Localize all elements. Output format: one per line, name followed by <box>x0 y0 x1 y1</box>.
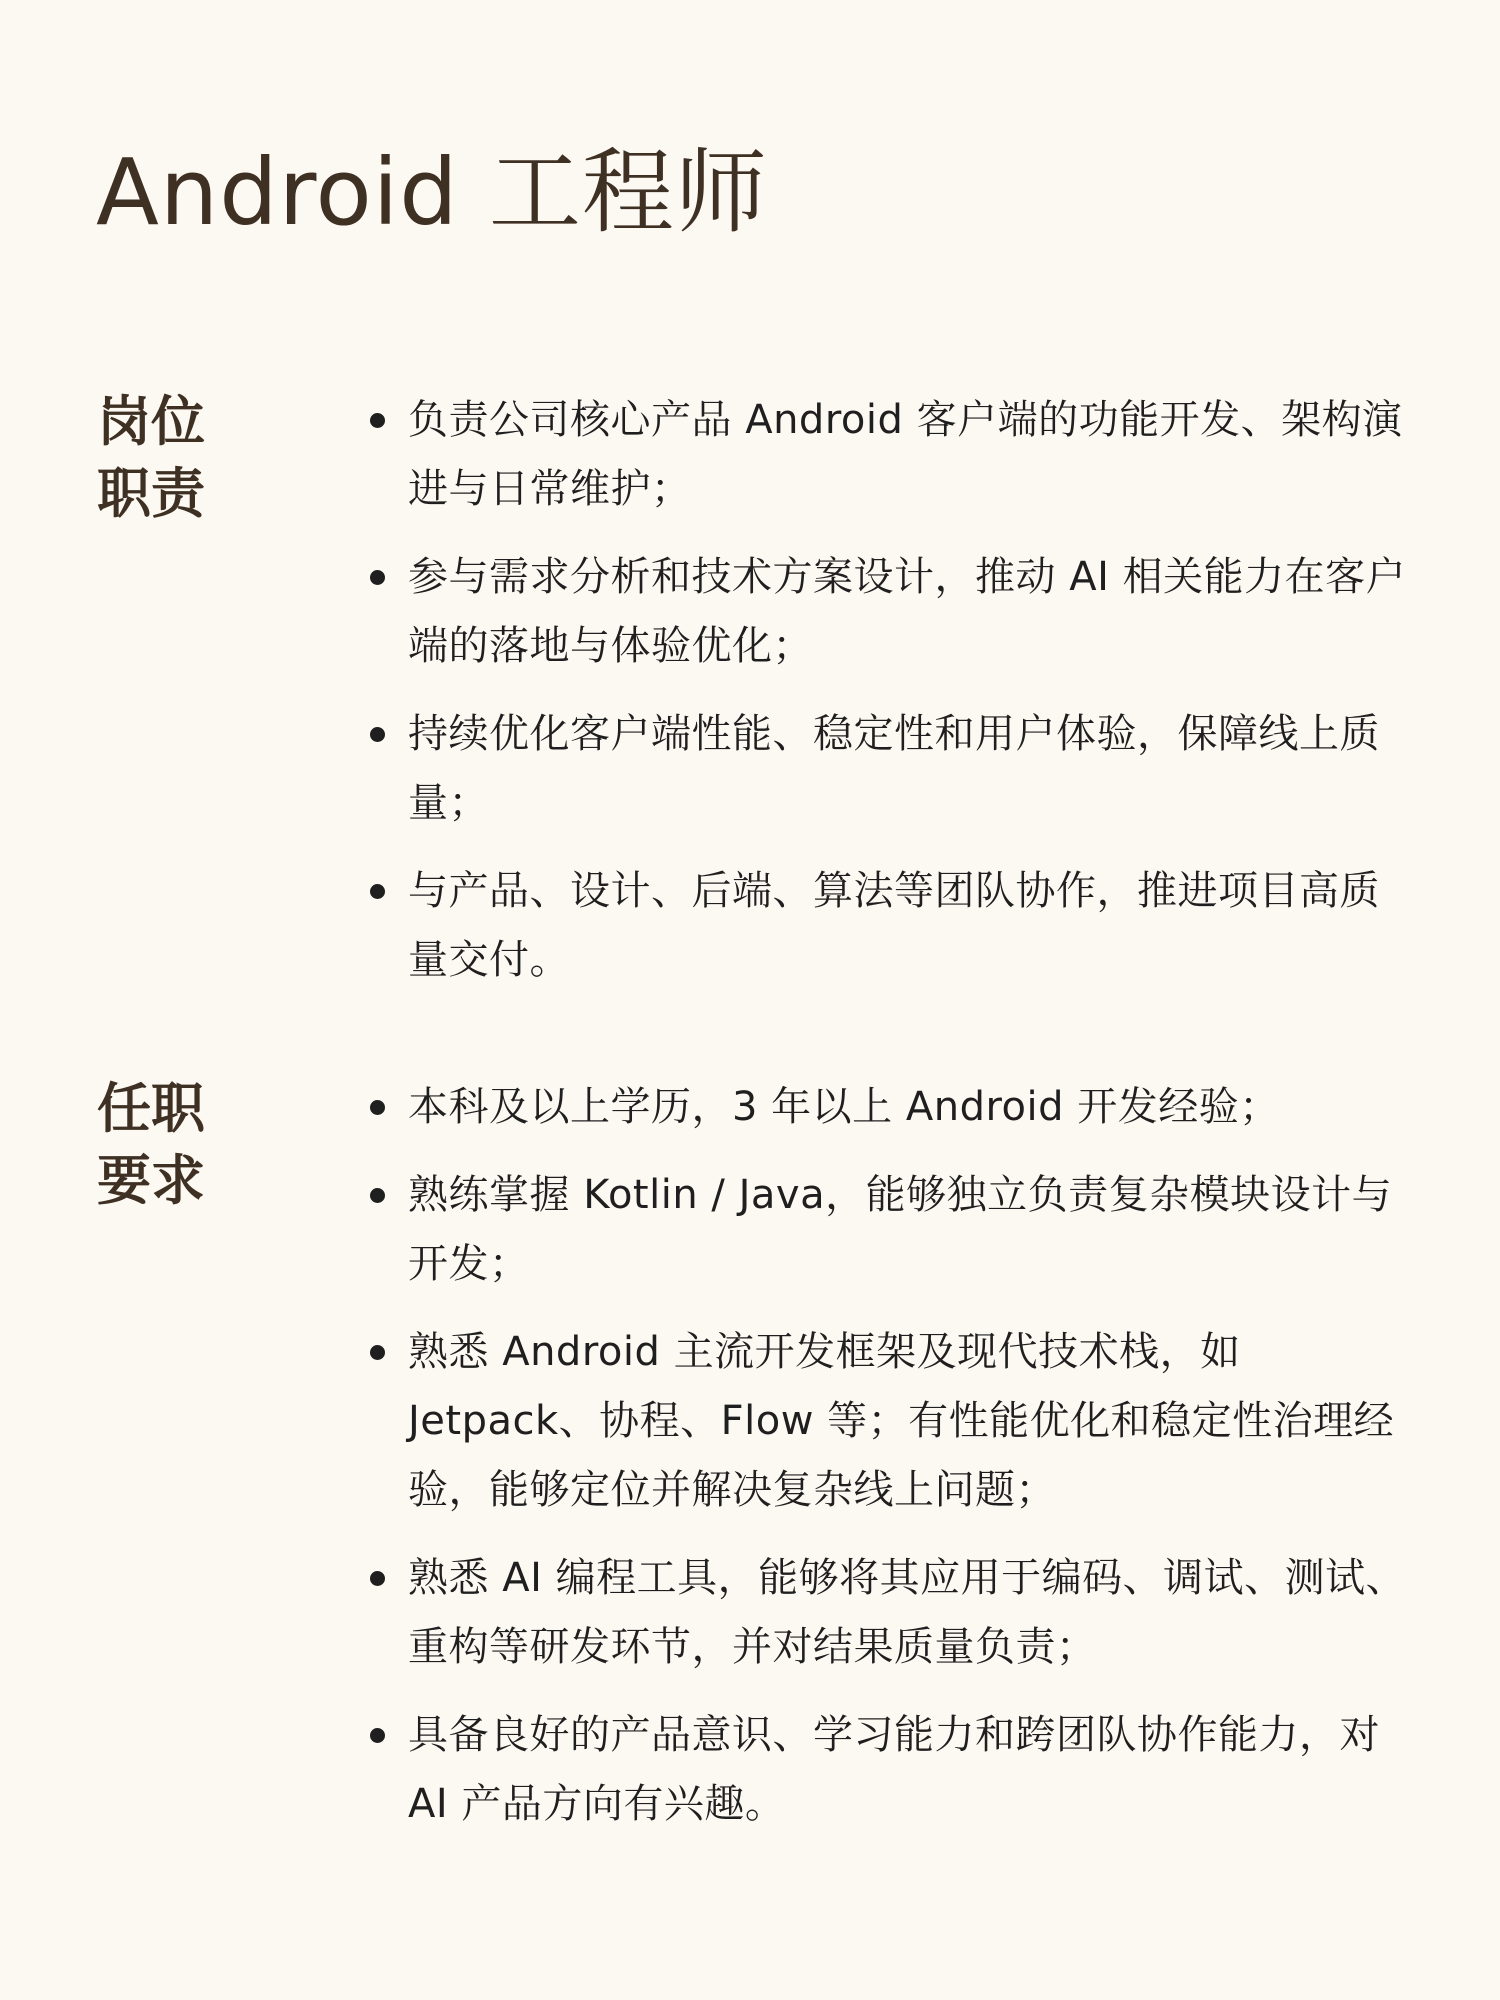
bullet-dot-icon <box>370 884 385 899</box>
list-item-text: 具备良好的产品意识、学习能力和跨团队协作能力，对 AI 产品方向有兴趣。 <box>408 1701 1418 1839</box>
list-item-text: 参与需求分析和技术方案设计，推动 AI 相关能力在客户端的落地与体验优化； <box>408 543 1418 681</box>
section-label-line: 要求 <box>97 1145 227 1217</box>
list-item-text: 熟悉 Android 主流开发框架及现代技术栈，如 Jetpack、协程、Flo… <box>408 1318 1418 1525</box>
list-item: 参与需求分析和技术方案设计，推动 AI 相关能力在客户端的落地与体验优化； <box>408 543 1418 681</box>
section-label-line: 岗位 <box>97 386 227 458</box>
job-posting-page: Android 工程师 岗位 职责 负责公司核心产品 Android 客户端的功… <box>0 0 1500 2000</box>
bullet-dot-icon <box>370 570 385 585</box>
bullet-dot-icon <box>370 1188 385 1203</box>
responsibilities-list: 负责公司核心产品 Android 客户端的功能开发、架构演进与日常维护； 参与需… <box>408 386 1418 1014</box>
list-item: 与产品、设计、后端、算法等团队协作，推进项目高质量交付。 <box>408 857 1418 995</box>
list-item: 熟练掌握 Kotlin / Java，能够独立负责复杂模块设计与开发； <box>408 1161 1418 1299</box>
list-item-text: 与产品、设计、后端、算法等团队协作，推进项目高质量交付。 <box>408 857 1418 995</box>
requirements-list: 本科及以上学历，3 年以上 Android 开发经验； 熟练掌握 Kotlin … <box>408 1073 1418 1858</box>
bullet-dot-icon <box>370 727 385 742</box>
list-item-text: 熟悉 AI 编程工具，能够将其应用于编码、调试、测试、重构等研发环节，并对结果质… <box>408 1544 1418 1682</box>
bullet-dot-icon <box>370 413 385 428</box>
list-item: 本科及以上学历，3 年以上 Android 开发经验； <box>408 1073 1418 1142</box>
section-label-requirements: 任职 要求 <box>97 1073 227 1217</box>
section-label-line: 任职 <box>97 1073 227 1145</box>
list-item: 熟悉 Android 主流开发框架及现代技术栈，如 Jetpack、协程、Flo… <box>408 1318 1418 1525</box>
list-item-text: 负责公司核心产品 Android 客户端的功能开发、架构演进与日常维护； <box>408 386 1418 524</box>
section-label-responsibilities: 岗位 职责 <box>97 386 227 530</box>
section-label-line: 职责 <box>97 458 227 530</box>
bullet-dot-icon <box>370 1100 385 1115</box>
bullet-dot-icon <box>370 1728 385 1743</box>
list-item-text: 本科及以上学历，3 年以上 Android 开发经验； <box>408 1073 1418 1142</box>
list-item: 熟悉 AI 编程工具，能够将其应用于编码、调试、测试、重构等研发环节，并对结果质… <box>408 1544 1418 1682</box>
list-item: 负责公司核心产品 Android 客户端的功能开发、架构演进与日常维护； <box>408 386 1418 524</box>
list-item-text: 熟练掌握 Kotlin / Java，能够独立负责复杂模块设计与开发； <box>408 1161 1418 1299</box>
bullet-dot-icon <box>370 1571 385 1586</box>
bullet-dot-icon <box>370 1345 385 1360</box>
list-item: 具备良好的产品意识、学习能力和跨团队协作能力，对 AI 产品方向有兴趣。 <box>408 1701 1418 1839</box>
list-item-text: 持续优化客户端性能、稳定性和用户体验，保障线上质量； <box>408 700 1418 838</box>
page-title: Android 工程师 <box>96 138 768 248</box>
list-item: 持续优化客户端性能、稳定性和用户体验，保障线上质量； <box>408 700 1418 838</box>
